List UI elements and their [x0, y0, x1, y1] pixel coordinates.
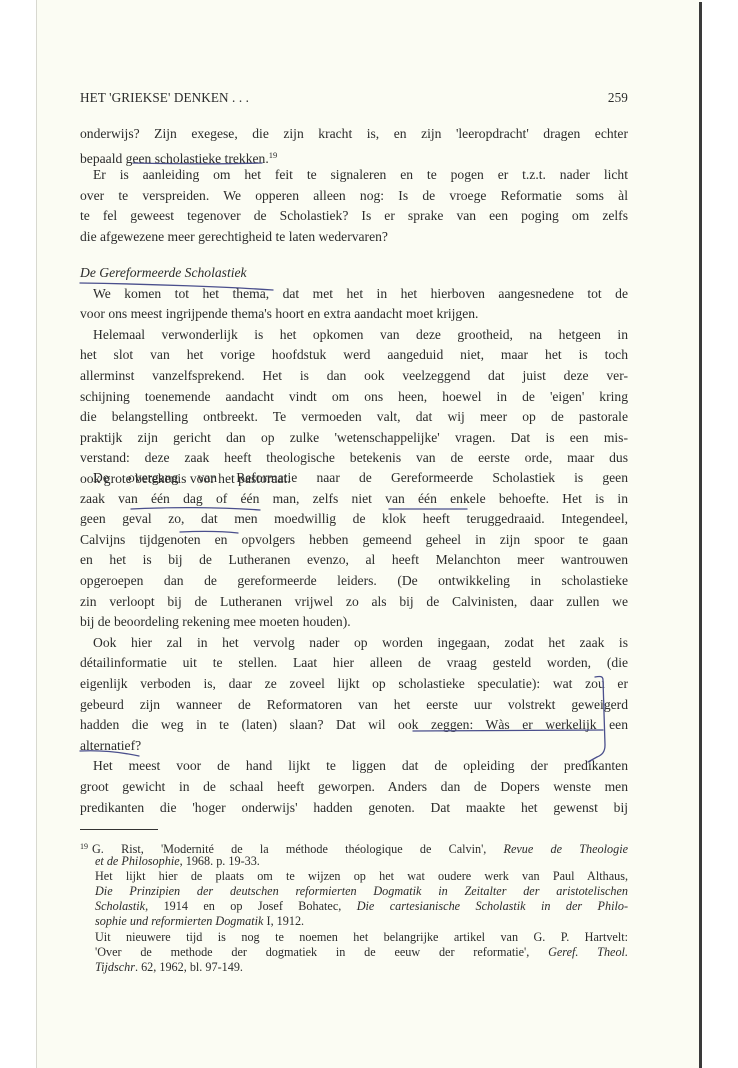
- section-heading: De Gereformeerde Scholastiek: [80, 263, 628, 284]
- text-line: zin verloopt bij de Lutheranen vrijwel z…: [80, 592, 628, 613]
- footnote-line: et de Philosophie, 1968. p. 19-33.: [80, 854, 628, 869]
- text-line: allerminst vanzelfsprekend. Het is dan o…: [80, 366, 628, 387]
- text-line: We komen tot het thema, dat met het in h…: [80, 284, 628, 305]
- text-line: die belangstelling ontbreekt. Te vermoed…: [80, 407, 628, 428]
- text-line: onderwijs? Zijn exegese, die zijn kracht…: [80, 124, 628, 145]
- running-head-title: HET 'GRIEKSE' DENKEN . . .: [80, 90, 249, 106]
- text-line: en het is bij de Lutheranen evenzo, al h…: [80, 550, 628, 571]
- footnote-line: Het lijkt hier de plaats om te wijzen op…: [80, 869, 628, 884]
- text-line: geen geval zo, dat men moedwillig de klo…: [80, 509, 628, 530]
- footnote-line: Scholastik, 1914 en op Josef Bohatec, Di…: [80, 899, 628, 914]
- text-line: bij de beoordeling rekening mee moeten h…: [80, 612, 628, 633]
- text-line: alternatief?: [80, 736, 628, 757]
- text-line: Helemaal verwonderlijk is het opkomen va…: [80, 325, 628, 346]
- text-line: hadden die weg in te (laten) slaan? Dat …: [80, 715, 628, 736]
- text-line: verstand: deze zaak heeft theologische b…: [80, 448, 628, 469]
- footnote-line: sophie und reformierten Dogmatik I, 1912…: [80, 914, 628, 929]
- text-line: bepaald geen scholastieke trekken.19: [80, 145, 628, 166]
- footnote-ref[interactable]: 19: [269, 150, 278, 160]
- text-line: Ook hier zal in het vervolg nader op wor…: [80, 633, 628, 654]
- footnote-line: 19G. Rist, 'Modernité de la méthode théo…: [80, 839, 628, 854]
- page-edge-shadow: [699, 2, 702, 1068]
- paragraph: Er is aanleiding om het feit te signaler…: [80, 165, 628, 247]
- text-line: Het meest voor de hand lijkt te liggen d…: [80, 756, 628, 777]
- section: De Gereformeerde Scholastiek We komen to…: [80, 263, 628, 490]
- footnote-line: Tijdschr. 62, 1962, bl. 97-149.: [80, 960, 628, 975]
- footnote-line: Uit nieuwere tijd is nog te noemen het b…: [80, 930, 628, 945]
- text-line: praktijk zijn gericht dan op zulke 'wete…: [80, 428, 628, 449]
- text-line: het slot van het vorige hoofdstuk werd a…: [80, 345, 628, 366]
- text-line: eigenlijk verboden is, daar ze zoveel li…: [80, 674, 628, 695]
- text-line: die afgewezene meer gerechtigheid te lat…: [80, 227, 628, 248]
- text-line: groot gewicht in de schaal heeft geworpe…: [80, 777, 628, 798]
- text-line: predikanten die 'hoger onderwijs' hadden…: [80, 798, 628, 819]
- text-line: voor ons meest ingrijpende thema's hoort…: [80, 304, 628, 325]
- page-number: 259: [608, 90, 628, 106]
- text-line: Calvijns tijdgenoten en opvolgers hebben…: [80, 530, 628, 551]
- text-line: te fel geweest tegenover de Scholastiek?…: [80, 206, 628, 227]
- text-line: détailinformatie uit te stellen. Laat hi…: [80, 653, 628, 674]
- footnote-mark: 19: [80, 842, 88, 851]
- text-line: gebeurd zijn wanneer de Reformatoren van…: [80, 695, 628, 716]
- footnote-line: Die Prinzipien der deutschen reformierte…: [80, 884, 628, 899]
- text-line: schijning toenemende aandacht vindt om o…: [80, 387, 628, 408]
- text-line: over te verspreiden. We opperen alleen n…: [80, 186, 628, 207]
- text-line: De overgang van Reformatie naar de Geref…: [80, 468, 628, 489]
- text-line: opgeroepen dan de gereformeerde leiders.…: [80, 571, 628, 592]
- running-head: HET 'GRIEKSE' DENKEN . . . 259: [80, 90, 628, 110]
- text-line: zaak van één dag of één man, zelfs niet …: [80, 489, 628, 510]
- paragraph: onderwijs? Zijn exegese, die zijn kracht…: [80, 124, 628, 165]
- paragraph: De overgang van Reformatie naar de Geref…: [80, 468, 628, 818]
- text-line: Er is aanleiding om het feit te signaler…: [80, 165, 628, 186]
- footnote: 19G. Rist, 'Modernité de la méthode théo…: [80, 839, 628, 975]
- footnote-line: 'Over de methode der dogmatiek in de eeu…: [80, 945, 628, 960]
- footnote-rule: [80, 829, 158, 830]
